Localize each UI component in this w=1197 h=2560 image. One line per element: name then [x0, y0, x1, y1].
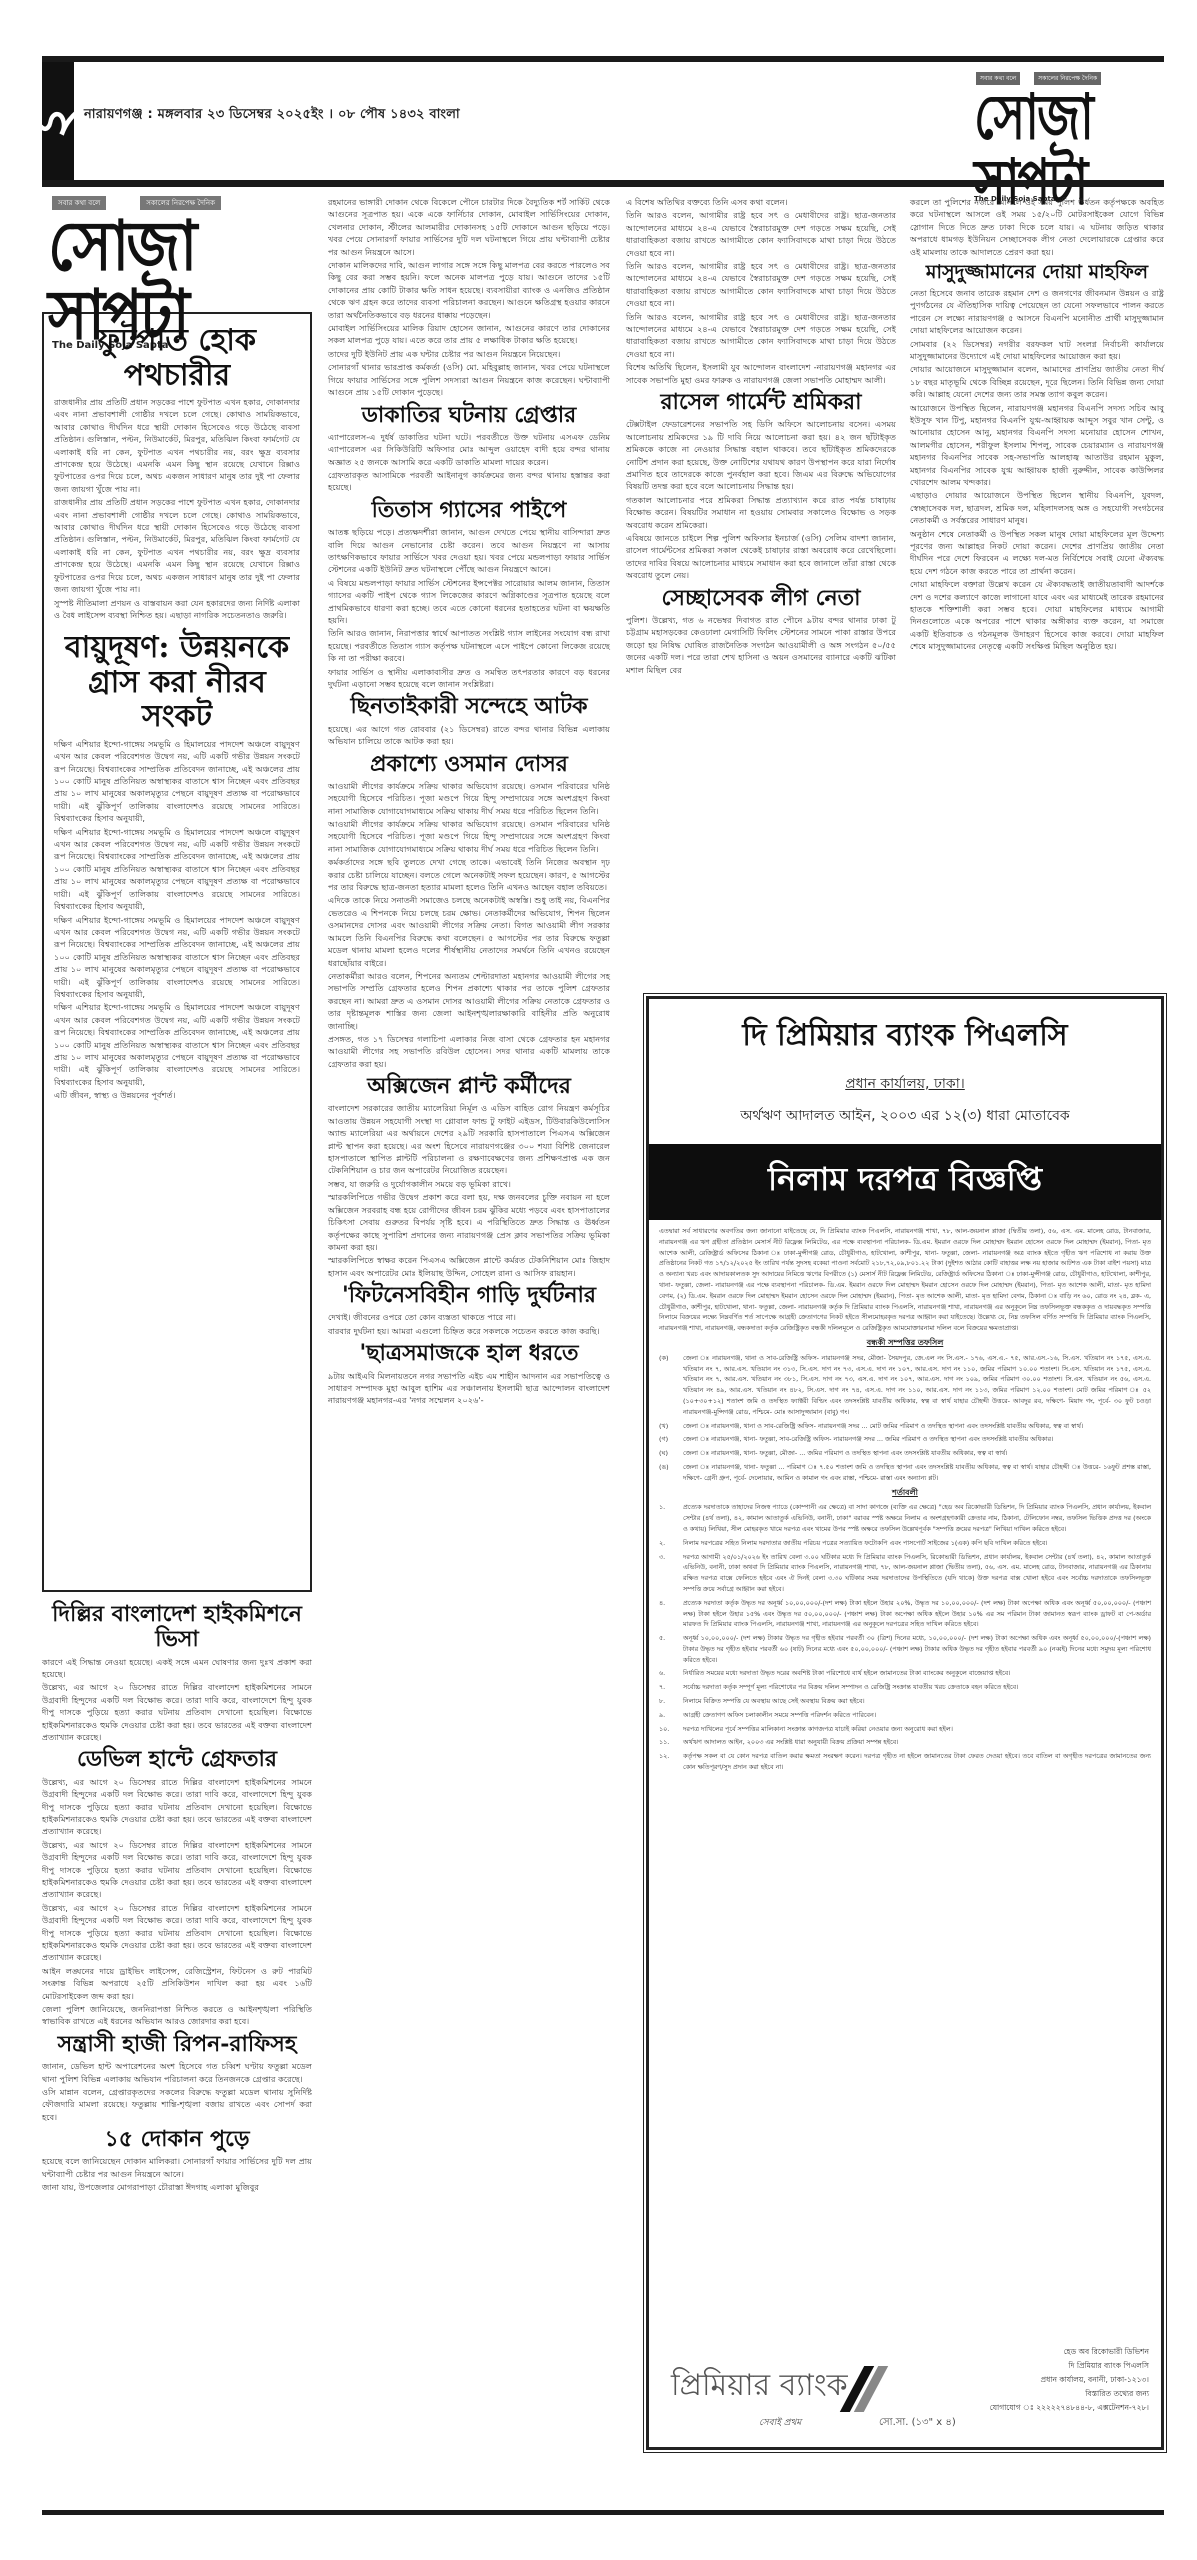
story-body: এ্যাপারেলস-এ দুর্ধর্ষ ডাকাতির ঘটনা ঘটে। … [328, 431, 610, 494]
story-body: জানান, ডেভিল হান্ট অপারেশনের অংশ হিসেবে … [42, 2060, 312, 2123]
ad-size: সো.সা. (১৩" x ৪) [879, 2415, 956, 2432]
story-body: বাংলাদেশ সরকারের জাতীয় ম্যালেরিয়া নির্… [328, 1102, 610, 1279]
story-headline: 'ছাত্রসমাজকে হাল ধরতে [328, 1341, 610, 1366]
term-item: ৬.নির্ধারিত সময়ের মধ্যে দরদাতা উদ্ধৃত দ… [659, 1668, 1151, 1679]
terms-title: শর্তাবলী [659, 1488, 1151, 1499]
ad-body: এতদ্বারা সর্ব সাধারণের অবগতির জন্য জানান… [649, 1220, 1161, 1782]
editorial-box: ফুটপাত হোক পথচারীর রাজধানীর প্রায় প্রতি… [42, 312, 312, 1592]
story-body: আওয়ামী লীগের কার্যক্রমে সক্রিয় থাকার অ… [328, 780, 610, 1070]
story-body: পুলিশ। উল্লেখ্য, গত ৬ নভেম্বর দিবাগত রাত… [626, 614, 896, 676]
schedule-item: (খ)জেলা ঃ নারায়নগঞ্জ, থানা ও সাব-রেজিষ্… [659, 1421, 1151, 1432]
story-headline: রাসেল গার্মেন্ট শ্রমিকরা [626, 390, 896, 415]
ad-signatory: হেড অব রিকোভারী ডিভিশন দি প্রিমিয়ার ব্য… [990, 2345, 1149, 2415]
logo-tagline: সেবাই প্রথম [759, 2415, 801, 2430]
story-body: দেখাই। জীবনের ওপরে তো কোন ব্যস্ততা থাকতে… [328, 1311, 610, 1337]
bottom-rule [42, 2510, 1164, 2515]
ad-banner: নিলাম দরপত্র বিজ্ঞপ্তি [649, 1144, 1161, 1220]
term-item: ২.নিলাম দরপত্রের সহিত নিলাম দরদাতার জাতী… [659, 1538, 1151, 1549]
schedule-item: (ঘ)জেলা ঃ নারায়নগঞ্জ, থানা- ফতুল্লা, মৌ… [659, 1448, 1151, 1459]
schedule-item: (ক)জেলা ঃ নারায়নগঞ্জ, থানা ও সাব-রেজিষ্… [659, 1353, 1151, 1418]
editorial-headline: বায়ুদূষণ: উন্নয়নকে গ্রাস করা নীরব সংকট [54, 631, 300, 735]
story-body: উল্লেখ্য, এর আগে ২০ ডিসেম্বর রাতে দিল্লি… [42, 1776, 312, 2028]
ad-law-line: অর্থঋণ আদালত আইন, ২০০৩ এর ১২(৩) ধারা মোত… [659, 1104, 1151, 1128]
story-body: হয়েছে। এর আগে গত রোববার (২১ ডিসেম্বর) র… [328, 723, 610, 748]
story-body: নেতা হিসেবে জনাব তারেক রহমান দেশ ও জনগণে… [910, 287, 1164, 653]
story-devil-hunt: ডেভিল হান্টে গ্রেফতার উল্লেখ্য, এর আগে ২… [42, 1747, 312, 2027]
column-2: রহমানের ভাঙ্গারী দোকান থেকে বিকেলে পৌনে … [328, 196, 610, 1408]
story-headline: তিতাস গ্যাসের পাইপে [328, 498, 610, 523]
story-headline: 'ফিটনেসবিহীন গাড়ি দুর্ঘটনার [328, 1283, 610, 1308]
ad-intro: এতদ্বারা সর্ব সাধারণের অবগতির জন্য জানান… [659, 1226, 1151, 1334]
story-headline: ডাকাতির ঘটনায় গ্রেপ্তার [328, 403, 610, 428]
story-headline: ১৫ দোকান পুড়ে [42, 2127, 312, 2152]
schedule-title: বন্ধকী সম্পত্তির তফসিল [659, 1338, 1151, 1349]
terms-list: ১.প্রত্যেক দরদাতাকে তাহাদের নিজস্ব প্যাড… [659, 1502, 1151, 1773]
schedule-item: (ঙ)জেলা ঃ নারায়নগঞ্জ, থানা- ফতুল্লা ...… [659, 1462, 1151, 1484]
column-1: সবার কথা বলে সকালের নিরপেক্ষ দৈনিক সোজা … [42, 196, 312, 2195]
premier-bank-logo: প্রিমিয়ার ব্যাংক [671, 2361, 886, 2412]
story-headline: মাসুদুজ্জামানের দোয়া মাহফিল [910, 262, 1164, 284]
term-item: ১০.দরপত্র দাখিলের পূর্বে সম্পত্তির মালিক… [659, 1724, 1151, 1735]
schedule-list: (ক)জেলা ঃ নারায়নগঞ্জ, থানা ও সাব-রেজিষ্… [659, 1353, 1151, 1484]
term-item: ৪.প্রত্যেক দরদাতা কর্তৃক উদ্ধৃত দর অনূর্… [659, 1598, 1151, 1630]
story-body: রহমানের ভাঙ্গারী দোকান থেকে বিকেলে পৌনে … [328, 196, 610, 399]
story-body: ৯টায় আইএবি মিলনায়তনে নগর সভাপতি এইচ এম… [328, 1370, 610, 1407]
header-rule [42, 180, 1164, 187]
story-headline: সেচ্ছাসেবক লীগ নেতা [626, 586, 896, 611]
page-number: ২ [42, 62, 74, 180]
story-body: হয়েছে বলে জানিয়েছেন দোকান মালিকরা। সোন… [42, 2155, 312, 2193]
editorial-body: রাজধানীর প্রায় প্রতিটি প্রধান সড়কের পা… [54, 396, 300, 621]
masthead-large: সবার কথা বলে সকালের নিরপেক্ষ দৈনিক সোজা … [42, 196, 312, 306]
term-item: ৭.সর্বোচ্চ দরদাতা কর্তৃক সম্পূর্ণ মূল্য … [659, 1682, 1151, 1693]
term-item: ১.প্রত্যেক দরদাতাকে তাহাদের নিজস্ব প্যাড… [659, 1502, 1151, 1534]
term-item: ১১.অর্থঋণ আদালত আইন, ২০০৩ এর সংশ্লিষ্ট ধ… [659, 1737, 1151, 1748]
logo-mark-icon [852, 2366, 886, 2412]
story-headline: প্রকাশ্যে ওসমান দোসর [328, 752, 610, 777]
story-headline: অক্সিজেন প্লান্ট কর্মীদের [328, 1074, 610, 1099]
logo-text: প্রিমিয়ার ব্যাংক [671, 2361, 848, 2412]
schedule-item: (গ)জেলা ঃ নারায়নগঞ্জ, থানা- ফতুল্লা, সা… [659, 1434, 1151, 1445]
story-headline: ছিনতাইকারী সন্দেহে আটক [328, 694, 610, 719]
column-3: এ বিশেষ অতিথির বক্তব্যে তিনি এসব কথা বলে… [626, 196, 896, 677]
ad-bank-name: দি প্রিমিয়ার ব্যাংক পিএলসি [659, 1011, 1151, 1062]
story-body: কারণে এই সিদ্ধান্ত নেওয়া হয়েছে। একই সঙ… [42, 1656, 312, 1744]
ad-footer: প্রিমিয়ার ব্যাংক সেবাই প্রথম সো.সা. (১৩… [649, 2337, 1161, 2447]
story-body: এ বিশেষ অতিথির বক্তব্যে তিনি এসব কথা বলে… [626, 196, 896, 386]
story-headline: ডেভিল হান্টে গ্রেফতার [42, 1747, 312, 1772]
masthead-title: সোজা সাপটা [48, 212, 312, 350]
term-item: ৮.নিলামে বিক্রিত সম্পত্তি যে অবস্থায় আছ… [659, 1696, 1151, 1707]
story-body: টেক্সটাইল ফেডারেশনের সভাপতি সহ ডিসি অফিস… [626, 418, 896, 581]
page-header: ২ নারায়ণগঞ্জ : মঙ্গলবার ২৩ ডিসেম্বর ২০২… [42, 62, 1164, 180]
editorial-body: দক্ষিণ এশিয়ার ইন্দো-গাঙ্গেয় সমভূমি ও হ… [54, 738, 300, 1102]
ad-office: প্রধান কার্যালয়, ঢাকা। [659, 1072, 1151, 1096]
story-headline: দিল্লির বাংলাদেশ হাইকমিশনে ভিসা [42, 1602, 312, 1653]
story-shops: ১৫ দোকান পুড়ে হয়েছে বলে জানিয়েছেন দোক… [42, 2127, 312, 2194]
story-body: করলে তা পুলিশের নজরে আসলে ওই সময় পুলিশ … [910, 196, 1164, 258]
term-item: ৫.অনূর্ধ্ব ১০,০০,০০০/- (দশ লক্ষ) টাকার উ… [659, 1633, 1151, 1665]
story-visa: দিল্লির বাংলাদেশ হাইকমিশনে ভিসা কারণে এই… [42, 1602, 312, 1743]
auction-advertisement: দি প্রিমিয়ার ব্যাংক পিএলসি প্রধান কার্য… [646, 996, 1164, 2450]
story-ripon: সন্ত্রাসী হাজী রিপন-রাফিসহ জানান, ডেভিল … [42, 2032, 312, 2123]
story-headline: সন্ত্রাসী হাজী রিপন-রাফিসহ [42, 2032, 312, 2057]
newspaper-page: ২ নারায়ণগঞ্জ : মঙ্গলবার ২৩ ডিসেম্বর ২০২… [42, 56, 1164, 2520]
dateline: নারায়ণগঞ্জ : মঙ্গলবার ২৩ ডিসেম্বর ২০২৫ই… [84, 105, 460, 126]
story-body: আতঙ্ক ছড়িয়ে পড়ে। প্রত্যক্ষদর্শীরা জান… [328, 526, 610, 690]
term-item: ১২.কর্তৃপক্ষ সকল বা যে কোন দরপত্র বাতিল … [659, 1751, 1151, 1773]
term-item: ৩.দরপত্র আগামী ২৫/০১/২০২৬ ইং তারিখ বেলা … [659, 1552, 1151, 1595]
masthead-small: সবার কথা বলে সকালের নিরপেক্ষ দৈনিক সোজা … [974, 72, 1164, 172]
column-4: করলে তা পুলিশের নজরে আসলে ওই সময় পুলিশ … [910, 196, 1164, 654]
term-item: ৯.আগ্রহী ক্রেতাগণ অফিস চলাকালীন সময়ে সম… [659, 1710, 1151, 1721]
